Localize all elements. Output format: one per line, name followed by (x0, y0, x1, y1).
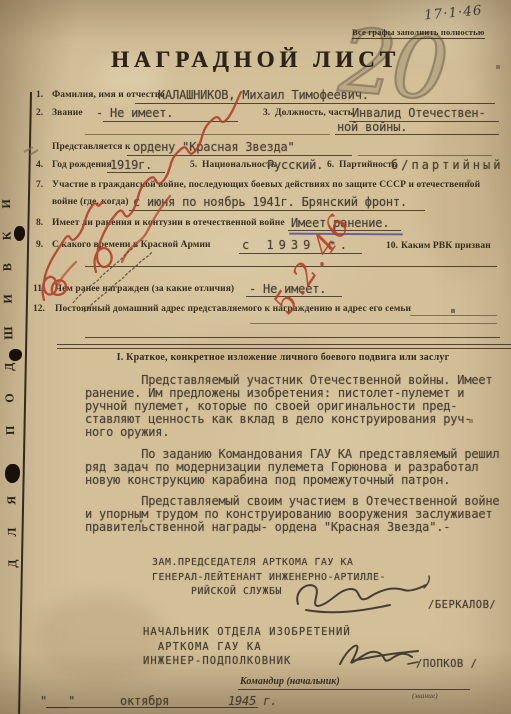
date-year: 1945 г. (228, 694, 277, 708)
field-8-label: Имеет ли ранения и контузии в отечествен… (52, 218, 285, 228)
signature-popkov (340, 646, 418, 664)
field-5-value: Русский. (267, 158, 323, 172)
field-1-value: КАЛАШНИКОВ, Михаил Тимофеевич. (158, 88, 369, 102)
field-nominated-value: ордену "Красная Звезда" (133, 140, 295, 154)
field-10-number: 10. (386, 241, 398, 251)
field-3-number: 3. (263, 108, 270, 118)
document-title: НАГРАДНОЙ ЛИСТ (0, 47, 511, 73)
field-4-label: Год рождения (52, 160, 112, 170)
field-1-number: 1. (36, 90, 43, 100)
date-quote: "___" (40, 694, 75, 708)
underline (335, 134, 499, 135)
underline (127, 155, 352, 156)
field-7-label: Участие в гражданской войне, последующих… (52, 180, 480, 190)
stamp-scribble (73, 244, 152, 312)
underline (238, 689, 470, 690)
field-8-number: 8. (36, 218, 43, 228)
underline (46, 707, 258, 708)
field-6-value: б/партийный (391, 158, 503, 172)
field-2-number: 2. (36, 108, 43, 118)
field-6-label: Партийность (339, 160, 397, 170)
underline (103, 121, 238, 122)
commander-label: Командир (начальник) (240, 676, 340, 687)
field-12-number: 12. (33, 304, 45, 314)
signoff-block-berkalov: ЗАМ.ПРЕДСЕДАТЕЛЯ АРТКОМА ГАУ КА ГЕНЕРАЛ-… (152, 556, 386, 600)
field-2-label: Звание (52, 108, 83, 118)
field-5-label: Национальность (202, 160, 276, 170)
filing-margin-vertical-text: ДЛЯ ПОДШИВКИ (0, 162, 24, 582)
field-5-number: 5. (190, 160, 197, 170)
field-7-number: 7. (36, 180, 43, 190)
field-1-label: Фамилия, имя и отчество (52, 90, 165, 100)
field-7-label-line2: войне (где, когда) (52, 197, 129, 207)
section-heading: I. Краткое, конкретное изложение личного… (62, 352, 504, 363)
rank-label: (звание) (412, 691, 438, 700)
citation-paragraph-1: Представляемый участник Отечественной во… (85, 374, 505, 439)
field-9-label: С какого времени в Красной Армии (52, 240, 211, 250)
field-4-number: 4. (36, 160, 43, 170)
underline (410, 315, 497, 316)
underline (358, 155, 492, 156)
underline (135, 103, 495, 104)
underline (85, 134, 330, 135)
citation-paragraph-2: По заданию Командования ГАУ КА представл… (85, 448, 505, 487)
date-month: октября (120, 694, 169, 708)
ink-blot (14, 226, 25, 241)
field-12-label: Постоянный домашний адрес представляемог… (55, 304, 411, 314)
underline (107, 172, 165, 173)
section-divider (57, 348, 511, 349)
field-3-label: Должность, часть (275, 108, 353, 118)
field-3-value: Инвалид Отечествен- (352, 106, 485, 120)
underline (250, 323, 497, 324)
field-7-value: с июня по ноябрь 1941г. Брянский фронт. (133, 195, 407, 209)
field-11-number: 11. (33, 284, 44, 294)
signoff-name-berkalov: /БЕРКАЛОВ/ (428, 599, 496, 611)
field-9-number: 9. (36, 240, 43, 250)
citation-paragraph-3: Представляемый своим участием в Отечеств… (85, 495, 505, 534)
underline (129, 210, 425, 211)
signoff-block-popkov: НАЧАЛЬНИК ОТДЕЛА ИЗОБРЕТЕНИЙ АРТКОМА ГАУ… (143, 625, 351, 669)
signoff-name-popkov: /ПОПКОВ / (416, 658, 477, 670)
fill-all-note: Все графы заполнить полностью (352, 27, 485, 39)
field-11-label: Чем ранее награжден (за какие отличия) (55, 284, 234, 294)
paper-stain (420, 110, 505, 280)
field-nominated-label: Представляется к (52, 142, 131, 152)
field-6-number: 6. (327, 160, 334, 170)
field-2-value: - Не имеет. (96, 106, 173, 120)
pencil-tick (24, 147, 38, 155)
section-divider (57, 344, 511, 345)
underline (85, 337, 500, 338)
dust-specks (0, 0, 2, 2)
ink-blot (9, 349, 22, 361)
field-10-label: Каким РВК призван (401, 241, 491, 251)
award-sheet-document: ДЛЯ ПОДШИВКИ 17·1·46 20 Все графы заполн… (0, 0, 511, 714)
field-4-value: 1919г. (110, 158, 152, 172)
field-3-value-line2: ной войны. (337, 120, 407, 134)
